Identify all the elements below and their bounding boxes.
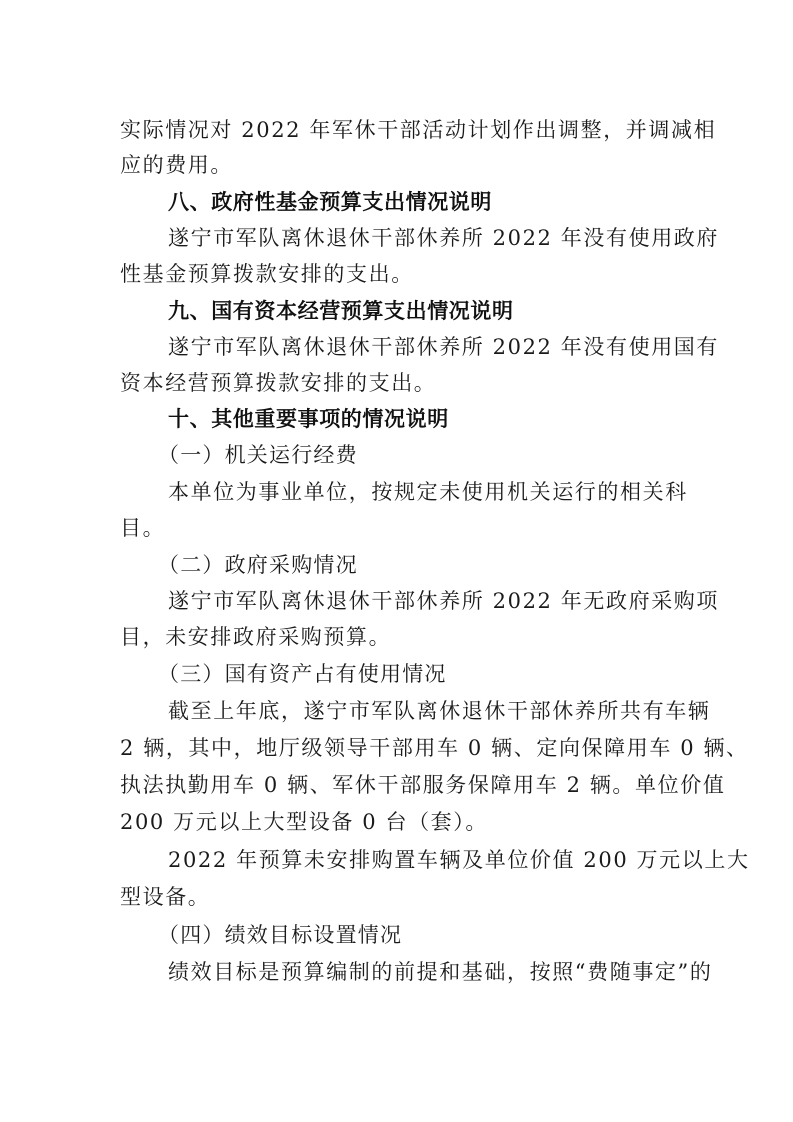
subsection-heading-1: （一）机关运行经费 — [158, 441, 358, 469]
body-text-line: 实际情况对 2022 年军休干部活动计划作出调整，并调减相 — [120, 116, 672, 144]
body-text-line: 遂宁市军队离休退休干部休养所 2022 年没有使用国有 — [168, 333, 672, 361]
body-text-line: 2 辆，其中，地厅级领导干部用车 0 辆、定向保障用车 0 辆、 — [120, 734, 672, 762]
subsection-heading-2: （二）政府采购情况 — [158, 551, 358, 579]
subsection-heading-3: （三）国有资产占有使用情况 — [158, 660, 447, 688]
body-text-line: 2022 年预算未安排购置车辆及单位价值 200 万元以上大 — [168, 846, 672, 874]
body-text-line: 遂宁市军队离休退休干部休养所 2022 年没有使用政府 — [168, 224, 672, 252]
body-text-line: 200 万元以上大型设备 0 台（套）。 — [120, 808, 672, 836]
subsection-heading-4: （四）绩效目标设置情况 — [158, 921, 402, 949]
body-text-line: 本单位为事业单位，按规定未使用机关运行的相关科 — [168, 478, 672, 506]
document-page: 实际情况对 2022 年军休干部活动计划作出调整，并调减相 应的费用。 八、政府… — [0, 0, 793, 1122]
body-text-line: 执法执勤用车 0 辆、军休干部服务保障用车 2 辆。单位价值 — [120, 771, 672, 799]
body-text-line: 资本经营预算拨款安排的支出。 — [120, 369, 672, 397]
body-text-line: 目，未安排政府采购预算。 — [120, 623, 672, 651]
body-text-line: 遂宁市军队离休退休干部休养所 2022 年无政府采购项 — [168, 587, 672, 615]
section-heading-10: 十、其他重要事项的情况说明 — [168, 405, 449, 433]
body-text-line: 截至上年底，遂宁市军队离休退休干部休养所共有车辆 — [168, 697, 672, 725]
body-text-line: 型设备。 — [120, 883, 672, 911]
body-text-line: 性基金预算拨款安排的支出。 — [120, 260, 672, 288]
body-text-line: 应的费用。 — [120, 151, 672, 179]
body-text-line: 目。 — [120, 514, 672, 542]
section-heading-9: 九、国有资本经营预算支出情况说明 — [168, 297, 514, 325]
section-heading-8: 八、政府性基金预算支出情况说明 — [168, 188, 492, 216]
body-text-line: 绩效目标是预算编制的前提和基础，按照“费随事定”的 — [168, 958, 672, 986]
